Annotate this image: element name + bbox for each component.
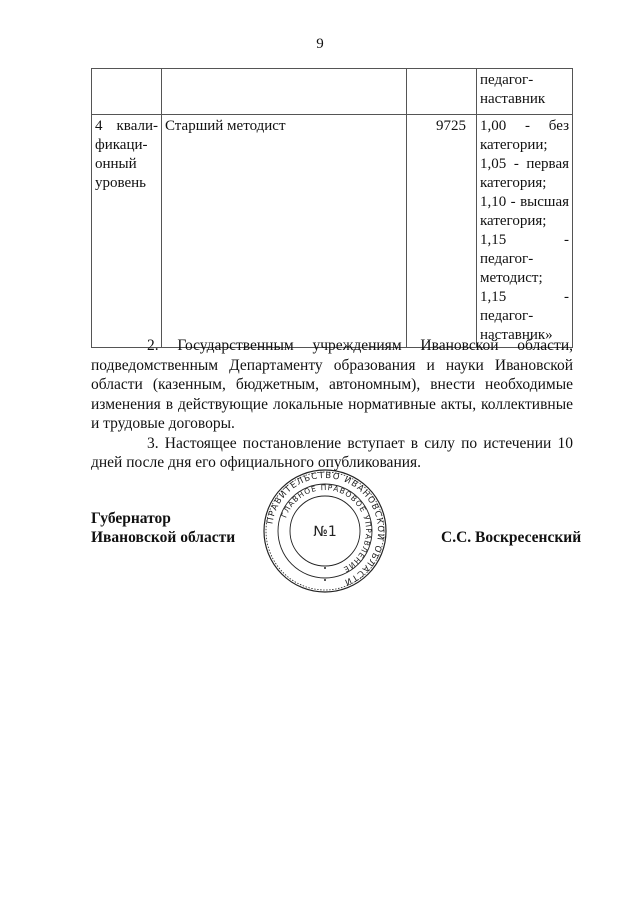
table-row: педагог- наставник: [92, 69, 573, 115]
coefficient-cell: 1,00 - без категории; 1,05 - первая кате…: [477, 115, 573, 348]
salary-cell: [407, 69, 477, 115]
official-seal-icon: ПРАВИТЕЛЬСТВО ИВАНОВСКОЙ ОБЛАСТИ ГЛАВНОЕ…: [262, 468, 388, 594]
salary-cell: 9725: [407, 115, 477, 348]
page-number: 9: [0, 36, 640, 53]
level-cell: 4 квали- фикаци- онный уровень: [92, 115, 162, 348]
position-cell: Старший методист: [162, 115, 407, 348]
signatory-title: Губернатор Ивановской области: [91, 509, 235, 547]
paragraph-2: 2. Государственным учреждениям Ивановско…: [91, 336, 573, 434]
svg-text:№1: №1: [313, 524, 336, 540]
paragraph-3: 3. Настоящее постановление вступает в си…: [91, 434, 573, 473]
resolution-body: 2. Государственным учреждениям Ивановско…: [91, 336, 573, 473]
position-cell: [162, 69, 407, 115]
level-cell: [92, 69, 162, 115]
signatory-name: С.С. Воскресенский: [441, 528, 581, 547]
coefficient-cell: педагог- наставник: [477, 69, 573, 115]
table-row: 4 квали- фикаци- онный уровень Старший м…: [92, 115, 573, 348]
qualification-table: педагог- наставник 4 квали- фикаци- онны…: [91, 68, 573, 348]
